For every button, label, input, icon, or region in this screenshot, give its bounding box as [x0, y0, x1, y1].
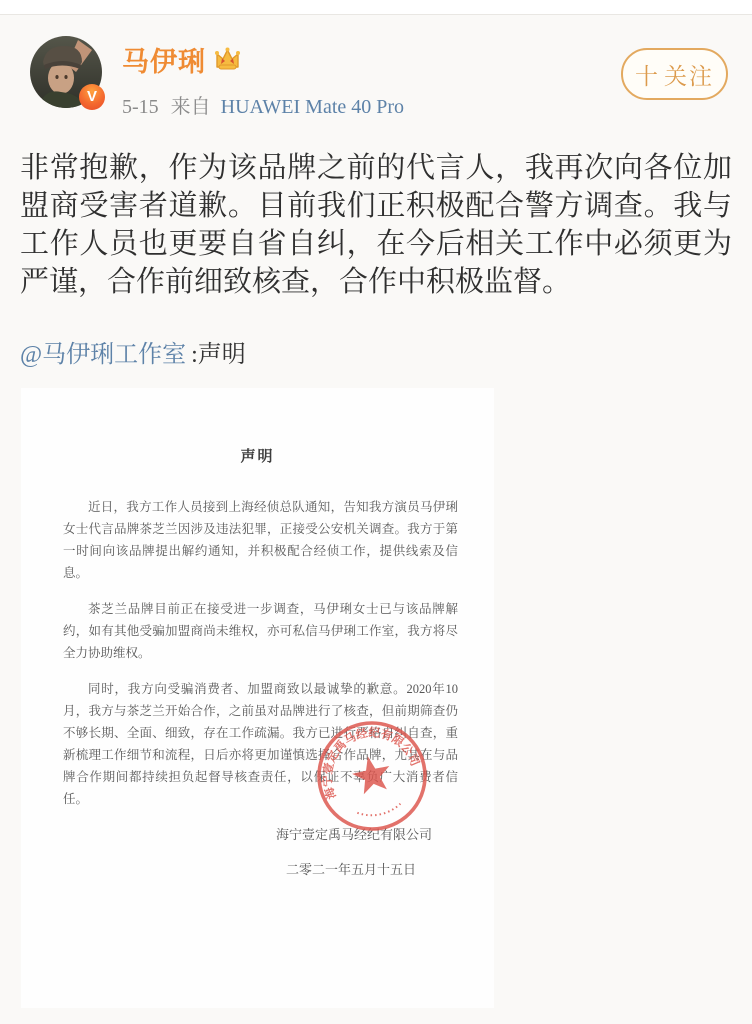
mention-suffix: :声明 — [191, 342, 246, 368]
user-info: 马伊琍 5-15来自HUAWEI Mate 40 Pro — [122, 36, 404, 119]
verified-badge-icon: V — [79, 84, 105, 110]
device-source-link[interactable]: HUAWEI Mate 40 Pro — [221, 96, 404, 118]
from-label: 来自 — [171, 96, 211, 118]
statement-date: 二零二一年五月十五日 — [21, 859, 494, 878]
post-header: V 马伊琍 5-15来自HUAWEI Mate 40 Pro 十 — [20, 36, 732, 119]
statement-image[interactable]: 声明 近日，我方工作人员接到上海经侦总队通知，告知我方演员马伊琍女士代言品牌茶芝… — [21, 388, 494, 1008]
statement-paragraph: 同时，我方向受骗消费者、加盟商致以最诚挚的歉意。2020年10月，我方与茶芝兰开… — [63, 678, 458, 810]
avatar[interactable]: V — [30, 36, 102, 108]
plus-icon: 十 — [635, 58, 660, 91]
statement-title: 声明 — [21, 388, 494, 466]
mention-row: @马伊琍工作室:声明 — [20, 334, 732, 369]
post-text: 非常抱歉，作为该品牌之前的代言人，我再次向各位加盟商受害者道歉。目前我们正积极配… — [20, 149, 732, 301]
mention-link[interactable]: @马伊琍工作室 — [20, 342, 186, 368]
vip-crown-icon — [214, 46, 241, 73]
username[interactable]: 马伊琍 — [122, 40, 206, 79]
statement-body: 近日，我方工作人员接到上海经侦总队通知，告知我方演员马伊琍女士代言品牌茶芝兰因涉… — [63, 496, 458, 810]
follow-button-label: 关注 — [664, 58, 714, 91]
statement-signature: 海宁壹定禹马经纪有限公司 — [21, 824, 494, 843]
statement-paragraph: 近日，我方工作人员接到上海经侦总队通知，告知我方演员马伊琍女士代言品牌茶芝兰因涉… — [63, 496, 458, 584]
statement-paragraph: 茶芝兰品牌目前正在接受进一步调查，马伊琍女士已与该品牌解约，如有其他受骗加盟商尚… — [63, 598, 458, 664]
post-meta: 5-15来自HUAWEI Mate 40 Pro — [122, 90, 404, 119]
weibo-post: V 马伊琍 5-15来自HUAWEI Mate 40 Pro 十 — [0, 36, 752, 1008]
top-divider — [0, 0, 752, 15]
follow-button[interactable]: 十 关注 — [621, 48, 728, 100]
post-date: 5-15 — [122, 96, 159, 118]
